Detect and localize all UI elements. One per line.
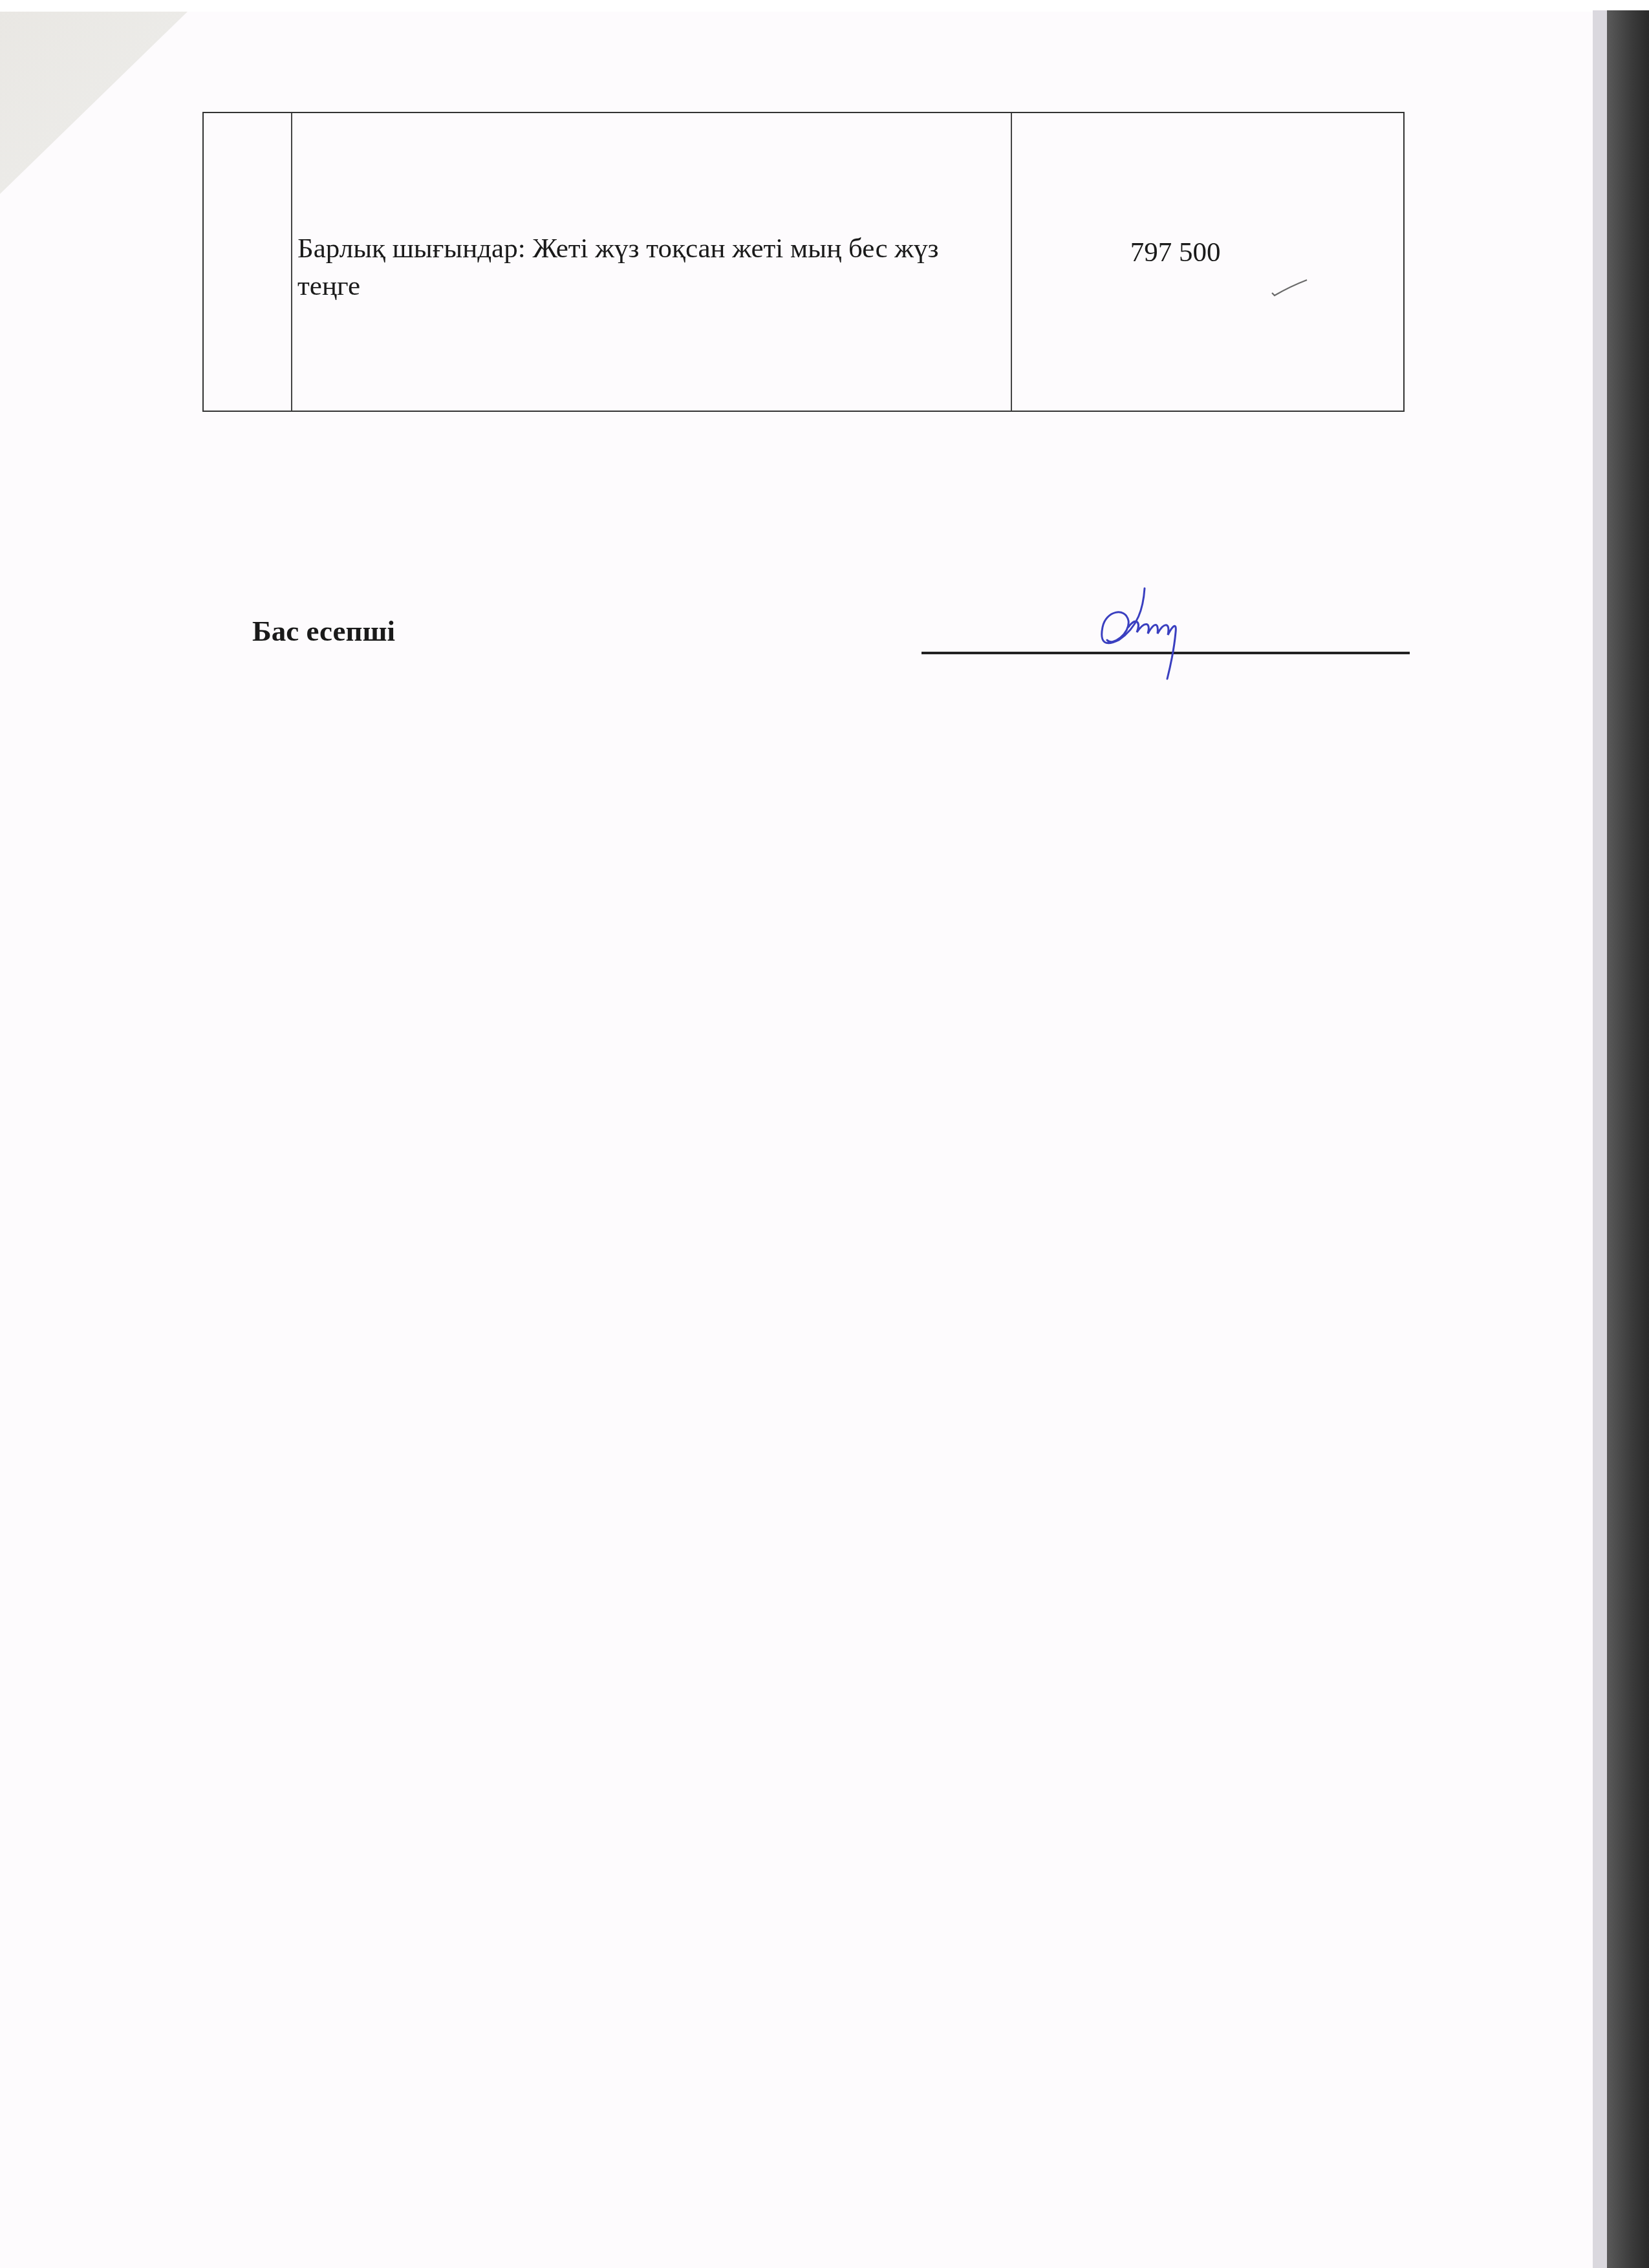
check-mark-icon <box>1271 279 1309 298</box>
bleed-through <box>252 582 259 612</box>
scan-page-edge <box>1593 10 1607 2268</box>
signature-icon <box>1067 582 1222 685</box>
table-cell-amount: 797 500 <box>1012 113 1403 411</box>
scan-background-edge <box>1607 10 1649 2268</box>
table-cell-number <box>204 113 292 411</box>
folded-corner <box>0 0 194 200</box>
total-expenses-text: Барлық шығындар: Жеті жүз тоқсан жеті мы… <box>297 230 996 305</box>
total-amount: 797 500 <box>1130 237 1221 268</box>
expense-table: Барлық шығындар: Жеті жүз тоқсан жеті мы… <box>202 112 1405 412</box>
scan-top-margin <box>0 0 1649 12</box>
chief-accountant-label: Бас есепші <box>252 614 395 648</box>
table-cell-description: Барлық шығындар: Жеті жүз тоқсан жеті мы… <box>292 113 1012 411</box>
